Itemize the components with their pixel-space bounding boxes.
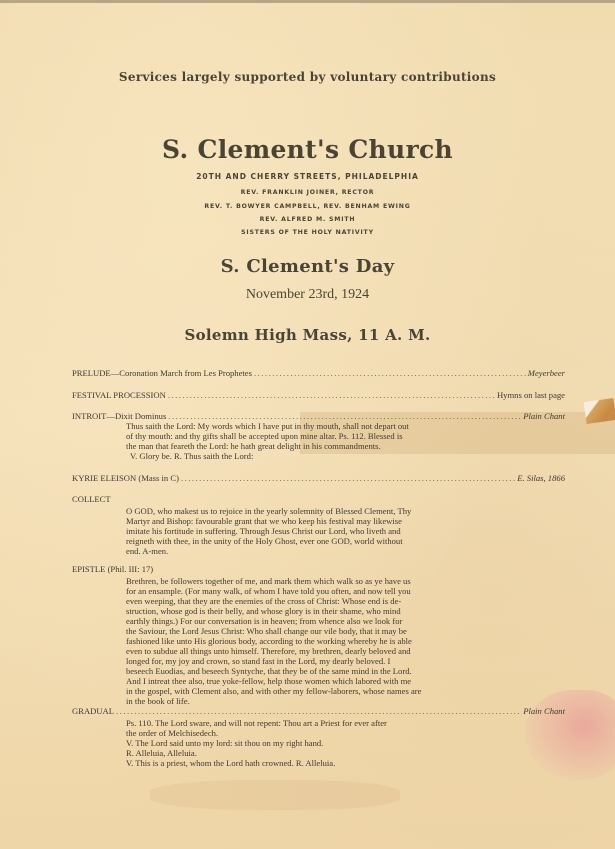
text-line: R. Alleluia, Alleluia. [126,748,538,758]
item-note: Hymns on last page [497,390,565,400]
text-line: the Saviour, the Lord Jesus Christ: Who … [126,626,538,636]
text-line: in the book of life. [126,696,538,706]
clergy-line: REV. T. BOWYER CAMPBELL, REV. BENHAM EWI… [0,203,615,210]
item-label: GRADUAL [72,706,114,716]
text-line: And I intreat thee also, true yoke-fello… [126,676,538,686]
pink-stain [525,690,615,780]
clergy-line: REV. ALFRED M. SMITH [0,216,615,223]
gradual-text: Ps. 110. The Lord sware, and will not re… [126,718,538,768]
clergy-line: REV. FRANKLIN JOINER, RECTOR [0,189,615,196]
service-title: Solemn High Mass, 11 A. M. [0,326,615,344]
tagline: Services largely supported by voluntary … [0,70,615,84]
service-date: November 23rd, 1924 [0,287,615,303]
dot-leader [254,368,526,378]
page-top-edge [0,0,615,3]
order-item-introit: INTROIT—Dixit Dominus Plain Chant [72,411,565,421]
order-item-collect: COLLECT [72,494,565,504]
item-composer: Plain Chant [523,706,565,716]
item-label: INTROIT—Dixit Dominus [72,411,166,421]
item-label: PRELUDE—Coronation March from Les Prophe… [72,368,252,378]
clergy-line: SISTERS OF THE HOLY NATIVITY [0,229,615,236]
text-line: even weeping, that they are the enemies … [126,596,538,606]
church-name: S. Clement's Church [0,135,615,164]
order-item-procession: FESTIVAL PROCESSION Hymns on last page [72,390,565,400]
item-composer: E. Silas, 1866 [517,473,565,483]
text-line: V. The Lord said unto my lord: sit thou … [126,738,538,748]
text-line: Thus saith the Lord: My words which I ha… [126,421,538,431]
dot-leader [181,473,515,483]
order-item-epistle: EPISTLE (Phil. III: 17) [72,564,565,574]
item-composer: Plain Chant [523,411,565,421]
text-line: V. This is a priest, whom the Lord hath … [126,758,538,768]
item-label: FESTIVAL PROCESSION [72,390,166,400]
text-line: longed for, my joy and crown, so stand f… [126,656,538,666]
text-line: Ps. 110. The Lord sware, and will not re… [126,718,538,728]
church-address: 20TH AND CHERRY STREETS, PHILADELPHIA [0,172,615,181]
program-page: Services largely supported by voluntary … [0,0,615,849]
text-line: fashioned like unto His glorious body, a… [126,636,538,646]
collect-text: O GOD, who makest us to rejoice in the y… [126,506,538,556]
text-line: in the gospel, with Clement also, and wi… [126,686,538,696]
introit-text: Thus saith the Lord: My words which I ha… [126,421,538,461]
item-label: KYRIE ELEISON (Mass in C) [72,473,179,483]
dot-leader [168,390,495,400]
text-line: imitate his fortitude in suffering. Thro… [126,526,538,536]
text-line: for an ensample. (For many walk, of whom… [126,586,538,596]
order-item-kyrie: KYRIE ELEISON (Mass in C) E. Silas, 1866 [72,473,565,483]
text-line: reigneth with thee, in the unity of the … [126,536,538,546]
item-label: COLLECT [72,494,111,504]
epistle-text: Brethren, be followers together of me, a… [126,576,538,706]
order-item-gradual: GRADUAL Plain Chant [72,706,565,716]
text-line: the order of Melchisedech. [126,728,538,738]
tape-fragment [584,398,615,424]
text-line: O GOD, who makest us to rejoice in the y… [126,506,538,516]
text-line: V. Glory be. R. Thus saith the Lord: [126,451,538,461]
text-line: even to subdue all things unto himself. … [126,646,538,656]
item-label: EPISTLE (Phil. III: 17) [72,564,153,574]
text-line: Brethren, be followers together of me, a… [126,576,538,586]
order-item-prelude: PRELUDE—Coronation March from Les Prophe… [72,368,565,378]
item-composer: Meyerbeer [528,368,565,378]
dot-leader [168,411,521,421]
text-line: struction, whose god is their belly, and… [126,606,538,616]
water-stain [150,780,400,810]
feast-title: S. Clement's Day [0,256,615,277]
text-line: the man that feareth the Lord: he hath g… [126,441,538,451]
dot-leader [116,706,521,716]
text-line: beseech Euodias, and beseech Syntyche, t… [126,666,538,676]
text-line: of thy mouth: and thy gifts shall be acc… [126,431,538,441]
text-line: earthly things.) For our conversation is… [126,616,538,626]
text-line: end. A-men. [126,546,538,556]
text-line: Martyr and Bishop: favourable grant that… [126,516,538,526]
